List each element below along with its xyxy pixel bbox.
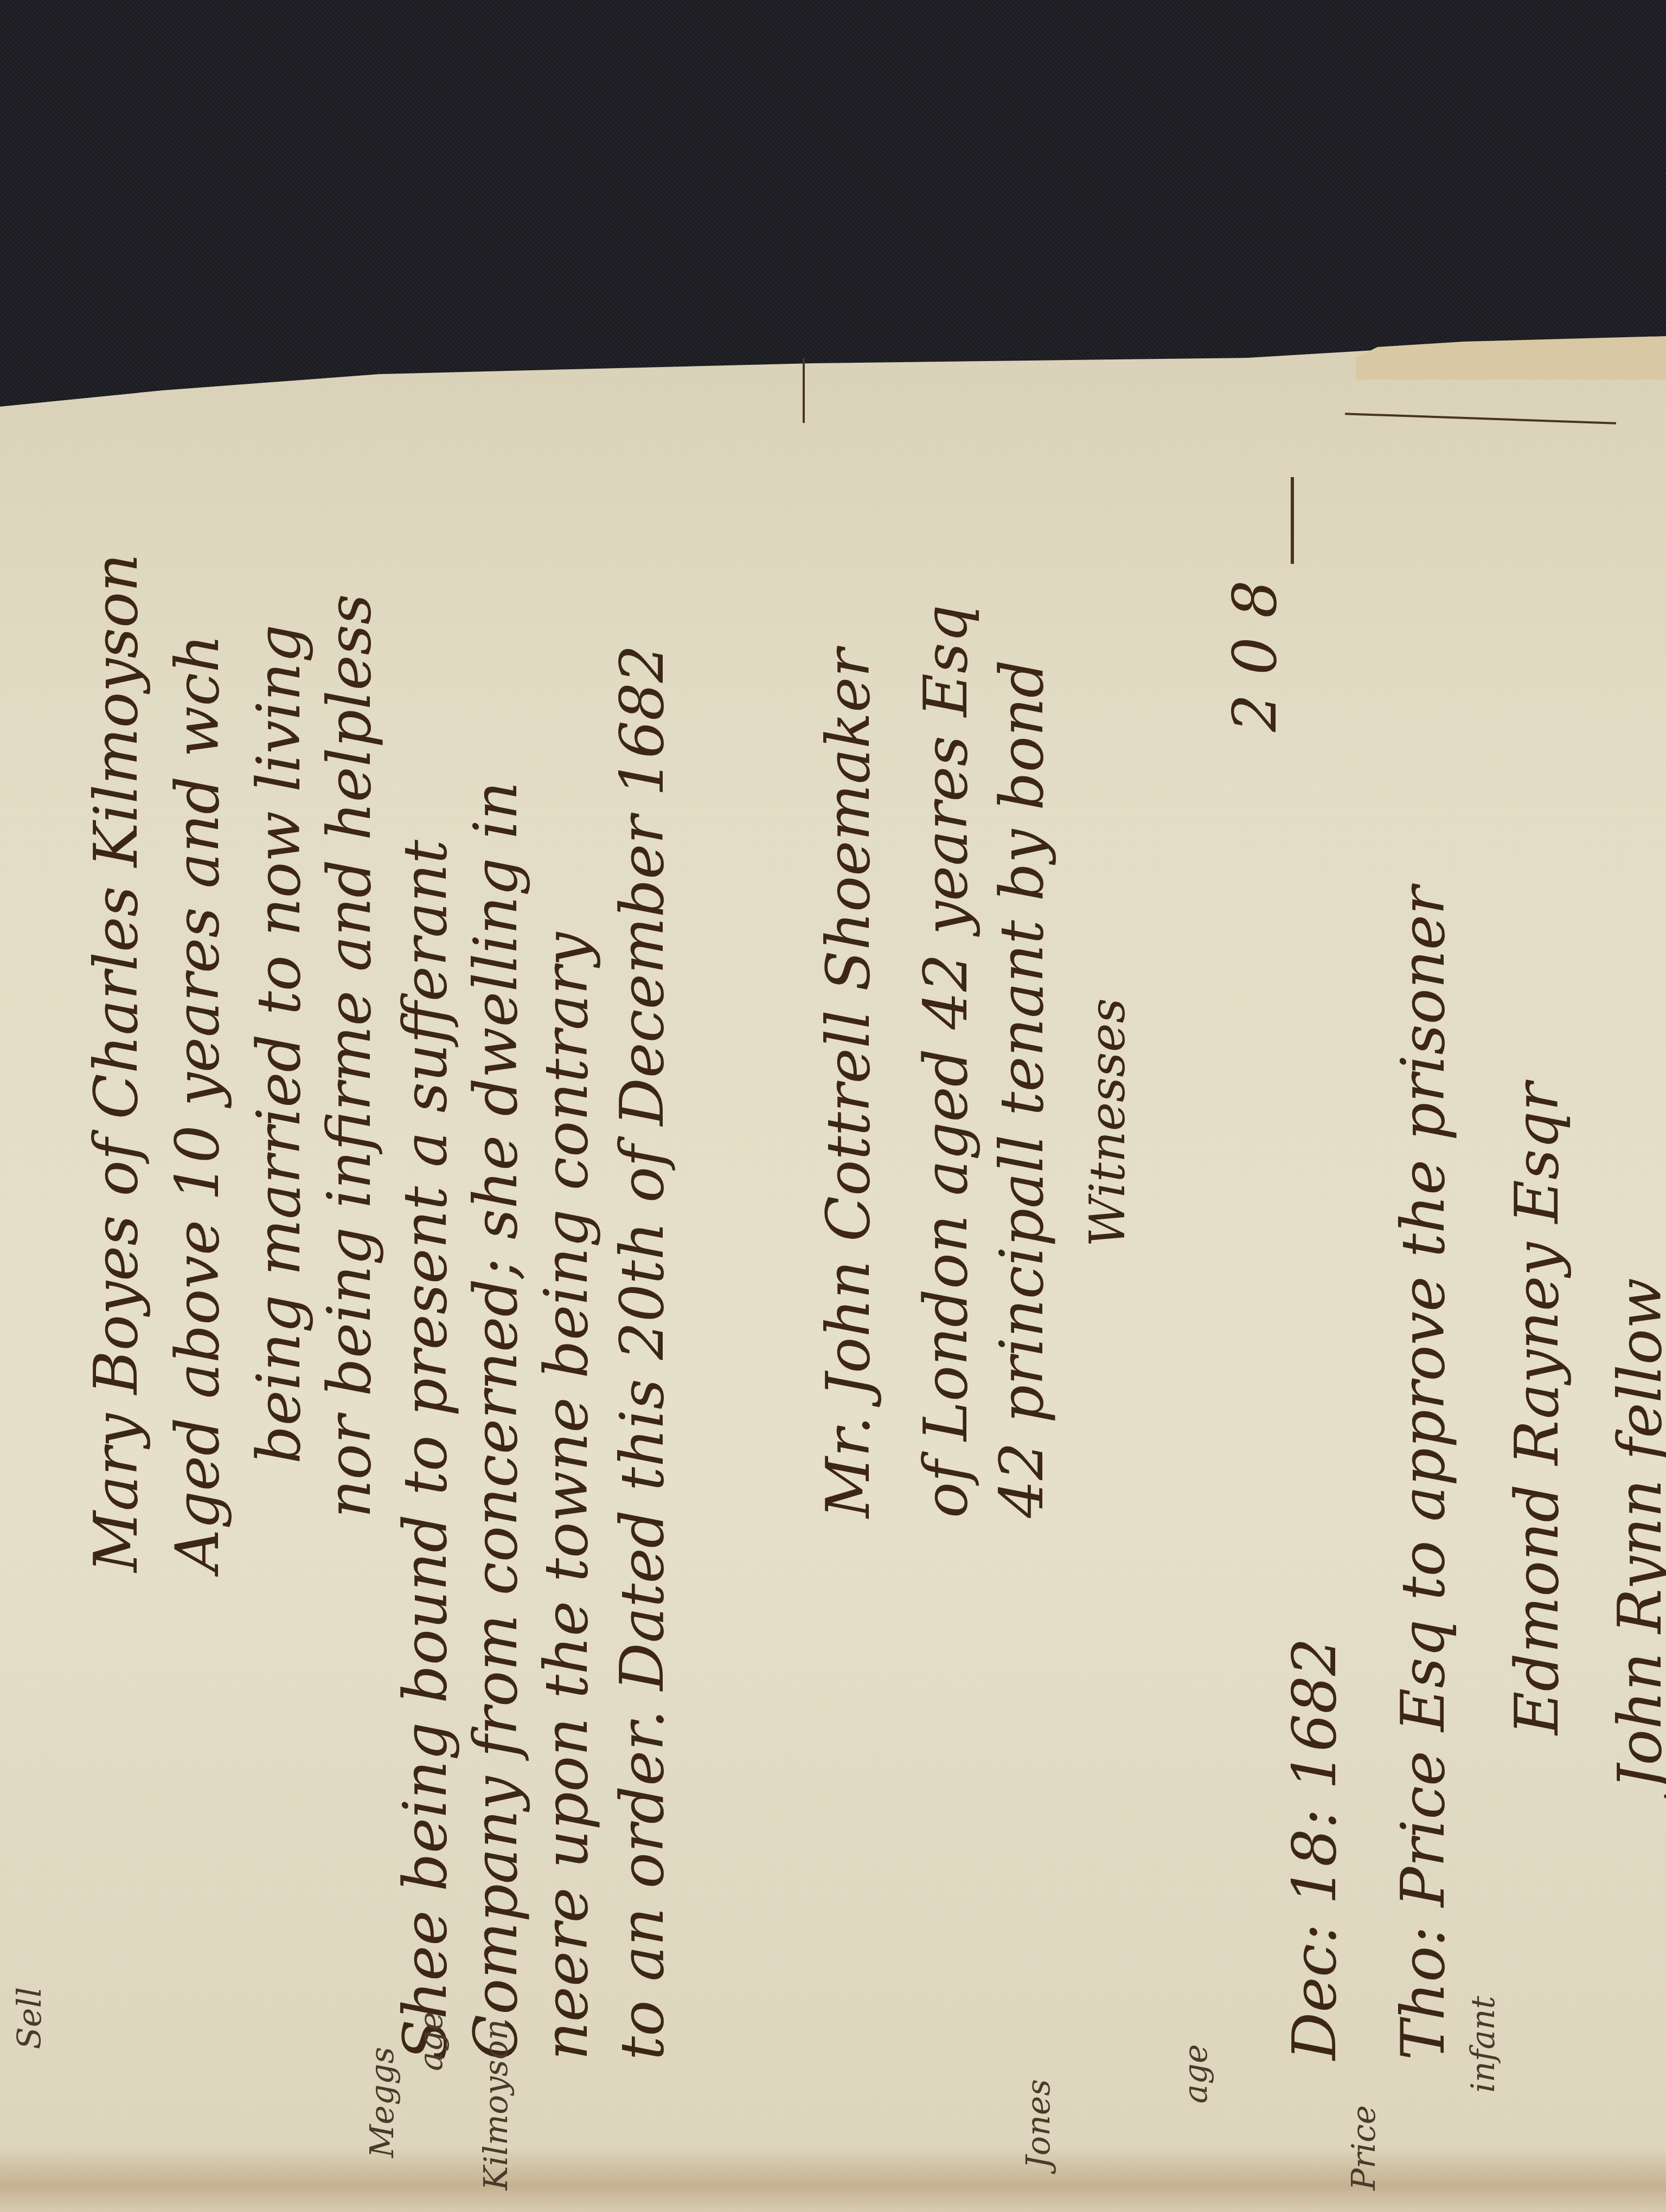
main-text-line: Witnesses [1079,998,1136,1247]
margin-note: Sell [11,1987,49,2049]
divider-rule [1291,477,1294,564]
margin-note: Jones [1020,2079,1058,2169]
divider-rule [803,358,805,423]
main-text-line: to an order. Dated this 20th of December… [607,645,677,2060]
main-text-line: Shee being bound to present a sufferant [390,840,460,2060]
main-text-line: neere upon the towne being contrary [531,933,601,2060]
margin-note: age [1177,2044,1215,2104]
main-text-line: 42 principall tenant by bond [987,660,1056,1518]
margin-note: infant [1464,1996,1502,2093]
margin-note: Meggs [363,2047,401,2158]
main-text-line: Company from concerned; she dwelling in [461,781,530,2060]
main-text-line: nor being infirme and helpless [315,594,384,1518]
margin-note: age [412,2011,450,2071]
main-text-line: being married to now living [244,625,313,1464]
main-text-line: Mary Boyes of Charles Kilmoyson [81,554,151,1572]
page-fold-shadow [0,2147,1666,2212]
margin-note: Kilmoyson [477,2019,515,2190]
date-note: Dec: 18: 1682 [1280,1638,1349,2060]
margin-note: Price [1345,2105,1383,2190]
main-text-line: Tho: Price Esq to approve the prisoner [1388,886,1458,2060]
main-text-line: Aged above 10 yeares and wch [163,634,232,1572]
main-text-line: John Rynn fellow [1605,1278,1666,1789]
main-text-line: Edmond Rayney Esqr [1502,1083,1572,1735]
main-text-line: of London aged 42 yeares Esq [911,605,981,1518]
folio-number: 2 0 8 [1220,580,1290,732]
main-text-line: Mr. John Cottrell Shoemaker [813,648,883,1518]
